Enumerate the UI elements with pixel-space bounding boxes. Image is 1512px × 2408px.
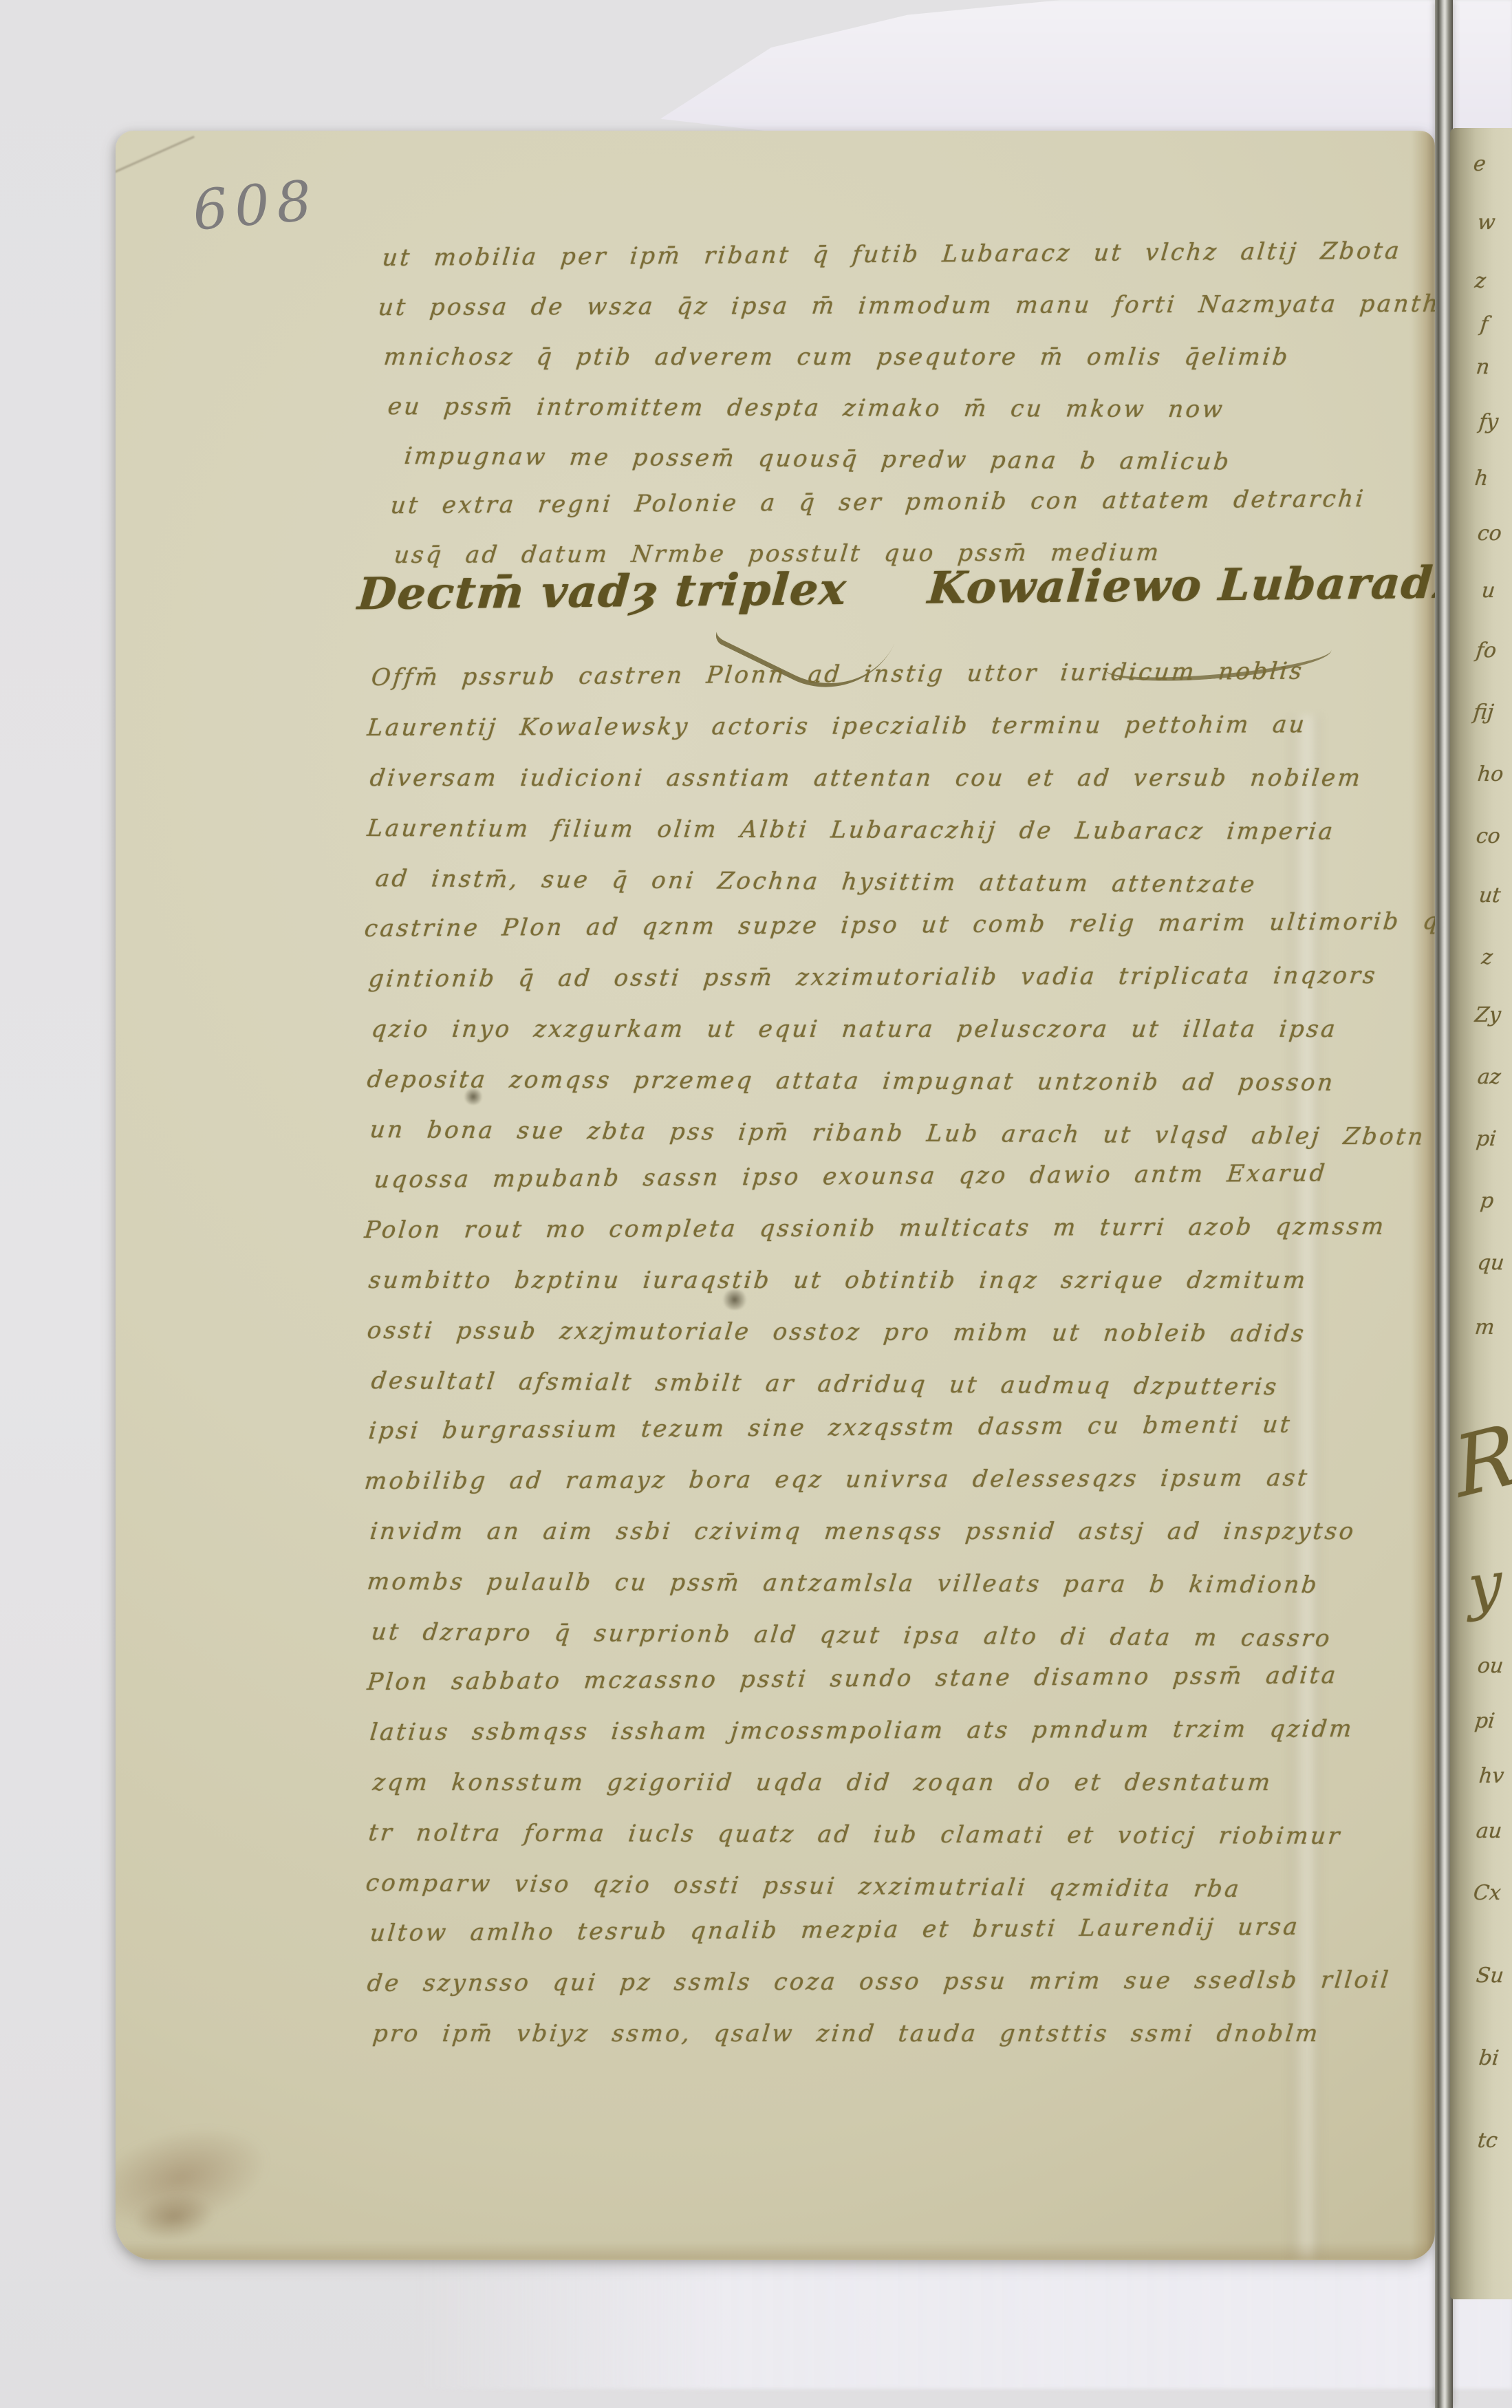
manuscript-line: desultatl afsmialt smbilt ar adriduq ut … bbox=[370, 1367, 1280, 1401]
manuscript-line: Laurentij Kowalewsky actoris ipeczialib … bbox=[366, 711, 1308, 742]
facing-page-text-fragment: ut bbox=[1478, 883, 1502, 907]
facing-page-text-fragment: fo bbox=[1475, 638, 1498, 663]
facing-page-text-fragment: bi bbox=[1478, 2046, 1500, 2070]
facing-page-text-fragment: u bbox=[1480, 579, 1496, 603]
facing-page-text-fragment: w bbox=[1476, 211, 1496, 235]
manuscript-line: deposita zomqss przemeq attata impugnat … bbox=[366, 1066, 1337, 1097]
facing-page-text-fragment: Zy bbox=[1473, 1003, 1502, 1027]
facing-page-text-fragment: ho bbox=[1476, 762, 1504, 786]
facing-page-fragments: ewzfnfyhcoufofijhocoutzZyazpipqumRyoupih… bbox=[1450, 128, 1512, 2299]
manuscript-line: ultow amlho tesrub qnalib mezpia et brus… bbox=[369, 1913, 1301, 1947]
manuscript-line: castrine Plon ad qznm supze ipso ut comb… bbox=[363, 907, 1435, 943]
facing-page-text-fragment: m bbox=[1473, 1315, 1495, 1340]
facing-page-text-fragment: z bbox=[1473, 269, 1487, 293]
manuscript-line: ipsi burgrassium tezum sine zxzqsstm das… bbox=[367, 1411, 1293, 1445]
facing-page-text-fragment: fy bbox=[1478, 410, 1499, 434]
facing-page-text-fragment: az bbox=[1476, 1065, 1502, 1089]
manuscript-line: un bona sue zbta pss ipm̄ ribanb Lub ara… bbox=[369, 1116, 1427, 1151]
facing-page-text-fragment: n bbox=[1475, 355, 1491, 379]
manuscript-line: comparw viso qzio ossti pssui zxzimutria… bbox=[365, 1869, 1243, 1903]
facing-page-text-fragment: h bbox=[1473, 466, 1489, 491]
manuscript-line: Polon rout mo completa qssionib multicat… bbox=[363, 1213, 1387, 1244]
manuscript-line: gintionib q̄ ad ossti pssm̄ zxzimutorial… bbox=[367, 962, 1379, 993]
facing-page-text-fragment: qu bbox=[1476, 1251, 1505, 1275]
facing-page-text-fragment: p bbox=[1479, 1189, 1495, 1213]
manuscript-line: uqossa mpubanb sassn ipso exounsa qzo da… bbox=[373, 1159, 1328, 1194]
facing-page-text-fragment: y bbox=[1467, 1547, 1503, 1623]
manuscript-line: Laurentium filium olim Albti Lubaraczhij… bbox=[366, 815, 1337, 846]
manuscript-line: tr noltra forma iucls quatz ad iub clama… bbox=[367, 1819, 1343, 1850]
backing-sheet-top bbox=[660, 0, 1512, 149]
manuscript-line: mobilibg ad ramayz bora eqz univrsa dele… bbox=[363, 1464, 1310, 1495]
facing-page-text-fragment: Cx bbox=[1472, 1881, 1502, 1905]
manuscript-line: de szynsso qui pz ssmls coza osso pssu m… bbox=[366, 1966, 1392, 1997]
manuscript-line: Plon sabbato mczassno pssti sundo stane … bbox=[366, 1662, 1339, 1696]
facing-page-text-fragment: R bbox=[1449, 1406, 1512, 1516]
manuscript-line: ossti pssub zxzjmutoriale osstoz pro mib… bbox=[366, 1317, 1308, 1348]
facing-page-text-fragment: ou bbox=[1476, 1654, 1504, 1678]
facing-page-text-fragment: f bbox=[1479, 312, 1489, 336]
facing-page-text-fragment: Su bbox=[1475, 1964, 1505, 1988]
facing-page-edge: ewzfnfyhcoufofijhocoutzZyazpipqumRyoupih… bbox=[1450, 128, 1512, 2299]
manuscript-page: 608 Dectm̄ vadȝ triplex Kowaliewo Lubara… bbox=[116, 131, 1435, 2260]
manuscript-line: sumbitto bzptinu iuraqstib ut obtintib i… bbox=[367, 1267, 1309, 1294]
manuscript-line: qzio inyo zxzgurkam ut equi natura pelus… bbox=[370, 1015, 1339, 1043]
manuscript-line: pro ipm̄ vbiyz ssmo, qsalw zind tauda gn… bbox=[371, 2020, 1321, 2047]
manuscript-line: latius ssbmqss issham jmcossmpoliam ats … bbox=[369, 1715, 1355, 1746]
manuscript-line: ut dzrapro q̄ surprionb ald qzut ipsa al… bbox=[370, 1618, 1334, 1653]
facing-page-text-fragment: pi bbox=[1473, 1709, 1496, 1733]
manuscript-line: zqm konsstum gzigoriid uqda did zoqan do… bbox=[371, 1769, 1274, 1796]
facing-page-text-fragment: fij bbox=[1472, 700, 1495, 724]
facing-page-text-fragment: hv bbox=[1478, 1764, 1505, 1788]
ink-blot bbox=[721, 1289, 748, 1310]
facing-page-text-fragment: e bbox=[1472, 152, 1487, 176]
body-paragraph: Offm̄ pssrub castren Plonn ad instig utt… bbox=[116, 131, 1435, 2260]
ink-blot bbox=[463, 1088, 484, 1105]
manuscript-line: ad instm̄, sue q̄ oni Zochna hysittim at… bbox=[374, 865, 1258, 899]
facing-page-text-fragment: co bbox=[1475, 824, 1502, 848]
manuscript-line: invidm an aim ssbi czivimq mensqss pssni… bbox=[369, 1518, 1357, 1545]
facing-page-text-fragment: z bbox=[1480, 945, 1494, 969]
manuscript-line: mombs pulaulb cu pssm̄ antzamlsla villea… bbox=[366, 1568, 1321, 1599]
archive-scan-background: 608 Dectm̄ vadȝ triplex Kowaliewo Lubara… bbox=[0, 0, 1512, 2408]
facing-page-text-fragment: tc bbox=[1476, 2129, 1498, 2153]
facing-page-text-fragment: co bbox=[1476, 522, 1503, 546]
manuscript-line: Offm̄ pssrub castren Plonn ad instig utt… bbox=[370, 658, 1305, 691]
facing-page-text-fragment: pi bbox=[1475, 1127, 1497, 1151]
facing-page-text-fragment: au bbox=[1475, 1819, 1503, 1843]
manuscript-line: diversam iudicioni assntiam attentan cou… bbox=[369, 764, 1364, 792]
